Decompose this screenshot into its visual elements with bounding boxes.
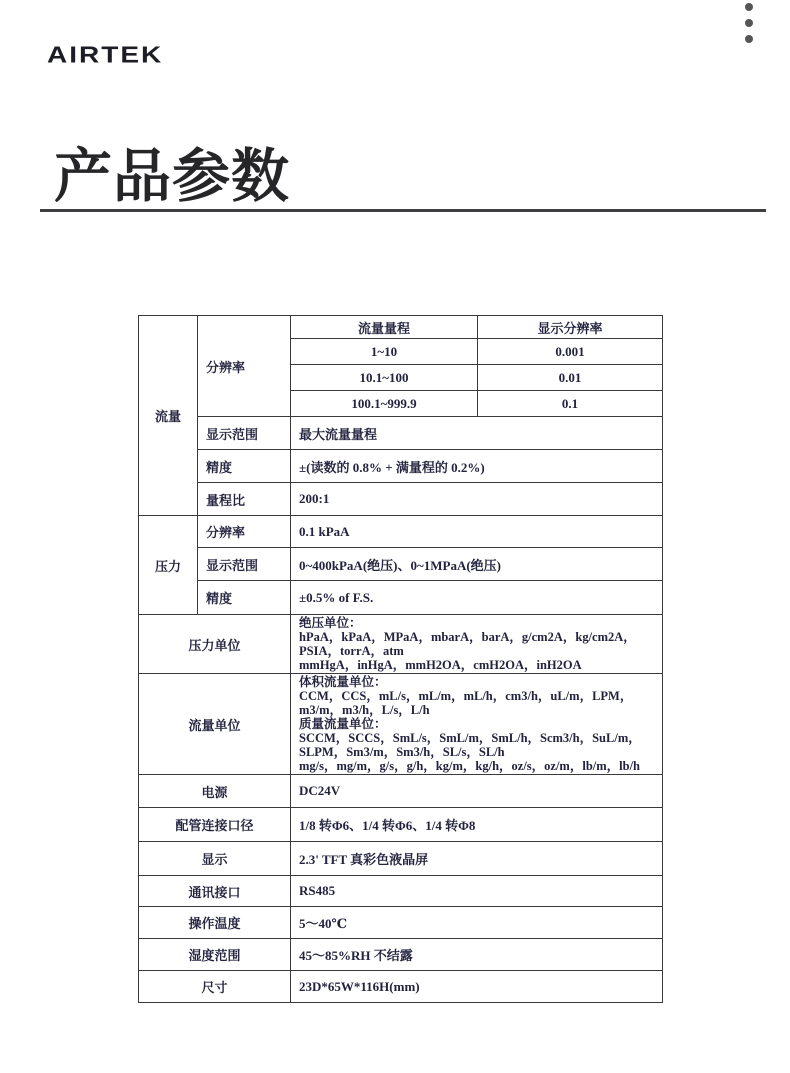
spec-label-cell: 操作温度 — [139, 907, 291, 939]
flow-range-cell: 1~10 — [291, 339, 478, 365]
unit-line: PSIA，torrA，atm — [299, 644, 654, 658]
spec-table: 流量 分辨率 流量量程 显示分辨率 1~10 0.001 10.1~100 0.… — [138, 315, 663, 1003]
flow-accuracy-row: 精度 ±(读数的 0.8% + 满量程的 0.2%) — [139, 450, 663, 483]
unit-line: CCM，CCS，mL/s，mL/m，mL/h，cm3/h，uL/m，LPM， — [299, 689, 654, 703]
flow-resolution-label-cell: 分辨率 — [198, 316, 291, 417]
flow-resolution-value-cell: 0.1 — [478, 391, 663, 417]
spec-label-cell: 湿度范围 — [139, 939, 291, 971]
spec-label-cell: 显示 — [139, 842, 291, 876]
spec-value-cell: RS485 — [291, 876, 663, 907]
spec-label-cell: 电源 — [139, 775, 291, 808]
unit-line: mg/s，mg/m，g/s，g/h，kg/m，kg/h，oz/s，oz/m，lb… — [299, 759, 654, 773]
flow-range-cell: 100.1~999.9 — [291, 391, 478, 417]
flow-turndown-row: 量程比 200:1 — [139, 483, 663, 516]
spec-row-comm-interface: 通讯接口 RS485 — [139, 876, 663, 907]
spec-value-cell: 绝压单位： hPaA，kPaA，MPaA，mbarA，barA，g/cm2A，k… — [291, 615, 663, 674]
flow-resolution-value-cell: 0.001 — [478, 339, 663, 365]
spec-label-cell: 量程比 — [198, 483, 291, 516]
flow-display-range-row: 显示范围 最大流量量程 — [139, 417, 663, 450]
unit-line: mmHgA，inHgA，mmH2OA，cmH2OA，inH2OA — [299, 658, 654, 672]
spec-row-humidity-range: 湿度范围 45～85%RH 不结露 — [139, 939, 663, 971]
unit-line: 绝压单位： — [299, 616, 654, 630]
spec-row-dimensions: 尺寸 23D*65W*116H(mm) — [139, 971, 663, 1003]
flow-range-cell: 10.1~100 — [291, 365, 478, 391]
spec-label-cell: 显示范围 — [198, 417, 291, 450]
flow-units-row: 流量单位 体积流量单位： CCM，CCS，mL/s，mL/m，mL/h，cm3/… — [139, 674, 663, 775]
unit-line: 体积流量单位： — [299, 675, 654, 689]
flow-range-header-cell: 流量量程 — [291, 316, 478, 339]
flow-units-lines: 体积流量单位： CCM，CCS，mL/s，mL/m，mL/h，cm3/h，uL/… — [299, 675, 654, 773]
unit-line: hPaA，kPaA，MPaA，mbarA，barA，g/cm2A，kg/cm2A… — [299, 630, 654, 644]
spec-label-cell: 尺寸 — [139, 971, 291, 1003]
spec-value-cell: 0~400kPaA(绝压)、0~1MPaA(绝压) — [291, 548, 663, 581]
spec-row-display: 显示 2.3' TFT 真彩色液晶屏 — [139, 842, 663, 876]
unit-line: 质量流量单位： — [299, 717, 654, 731]
spec-row-power: 电源 DC24V — [139, 775, 663, 808]
pressure-units-row: 压力单位 绝压单位： hPaA，kPaA，MPaA，mbarA，barA，g/c… — [139, 615, 663, 674]
spec-row-pipe-connection: 配管连接口径 1/8 转Φ6、1/4 转Φ6、1/4 转Φ8 — [139, 808, 663, 842]
spec-value-cell: 5～40℃ — [291, 907, 663, 939]
product-spec-page: AIRTEK 产品参数 流量 分辨率 流量量程 显示分辨率 1~10 0.001… — [0, 0, 790, 1073]
flow-group-cell: 流量 — [139, 316, 198, 516]
spec-label-cell: 压力单位 — [139, 615, 291, 674]
kebab-menu-icon[interactable] — [739, 1, 759, 51]
spec-value-cell: ±0.5% of F.S. — [291, 581, 663, 615]
airtek-logo: AIRTEK — [47, 42, 163, 68]
spec-value-cell: 0.1 kPaA — [291, 516, 663, 548]
pressure-group-cell: 压力 — [139, 516, 198, 615]
spec-label-cell: 配管连接口径 — [139, 808, 291, 842]
unit-line: SCCM，SCCS，SmL/s，SmL/m，SmL/h，Scm3/h，SuL/m… — [299, 731, 654, 745]
spec-label-cell: 精度 — [198, 581, 291, 615]
unit-line: m3/m，m3/h，L/s，L/h — [299, 703, 654, 717]
pressure-resolution-row: 压力 分辨率 0.1 kPaA — [139, 516, 663, 548]
spec-value-cell: 最大流量量程 — [291, 417, 663, 450]
pressure-accuracy-row: 精度 ±0.5% of F.S. — [139, 581, 663, 615]
kebab-dot-icon — [745, 3, 753, 11]
spec-value-cell: ±(读数的 0.8% + 满量程的 0.2%) — [291, 450, 663, 483]
kebab-dot-icon — [745, 35, 753, 43]
spec-label-cell: 精度 — [198, 450, 291, 483]
kebab-dot-icon — [745, 19, 753, 27]
page-title: 产品参数 — [54, 129, 290, 213]
spec-label-cell: 流量单位 — [139, 674, 291, 775]
spec-value-cell: DC24V — [291, 775, 663, 808]
pressure-display-range-row: 显示范围 0~400kPaA(绝压)、0~1MPaA(绝压) — [139, 548, 663, 581]
spec-value-cell: 45～85%RH 不结露 — [291, 939, 663, 971]
spec-value-cell: 2.3' TFT 真彩色液晶屏 — [291, 842, 663, 876]
spec-value-cell: 23D*65W*116H(mm) — [291, 971, 663, 1003]
spec-label-cell: 分辨率 — [198, 516, 291, 548]
spec-row-operating-temp: 操作温度 5～40℃ — [139, 907, 663, 939]
spec-label-cell: 通讯接口 — [139, 876, 291, 907]
display-resolution-header-cell: 显示分辨率 — [478, 316, 663, 339]
flow-resolution-value-cell: 0.01 — [478, 365, 663, 391]
unit-line: SLPM，Sm3/m，Sm3/h，SL/s，SL/h — [299, 745, 654, 759]
spec-value-cell: 体积流量单位： CCM，CCS，mL/s，mL/m，mL/h，cm3/h，uL/… — [291, 674, 663, 775]
flow-resolution-header-row: 流量 分辨率 流量量程 显示分辨率 — [139, 316, 663, 339]
pressure-units-lines: 绝压单位： hPaA，kPaA，MPaA，mbarA，barA，g/cm2A，k… — [299, 616, 654, 672]
spec-value-cell: 1/8 转Φ6、1/4 转Φ6、1/4 转Φ8 — [291, 808, 663, 842]
title-divider — [40, 209, 766, 212]
spec-label-cell: 显示范围 — [198, 548, 291, 581]
spec-value-cell: 200:1 — [291, 483, 663, 516]
